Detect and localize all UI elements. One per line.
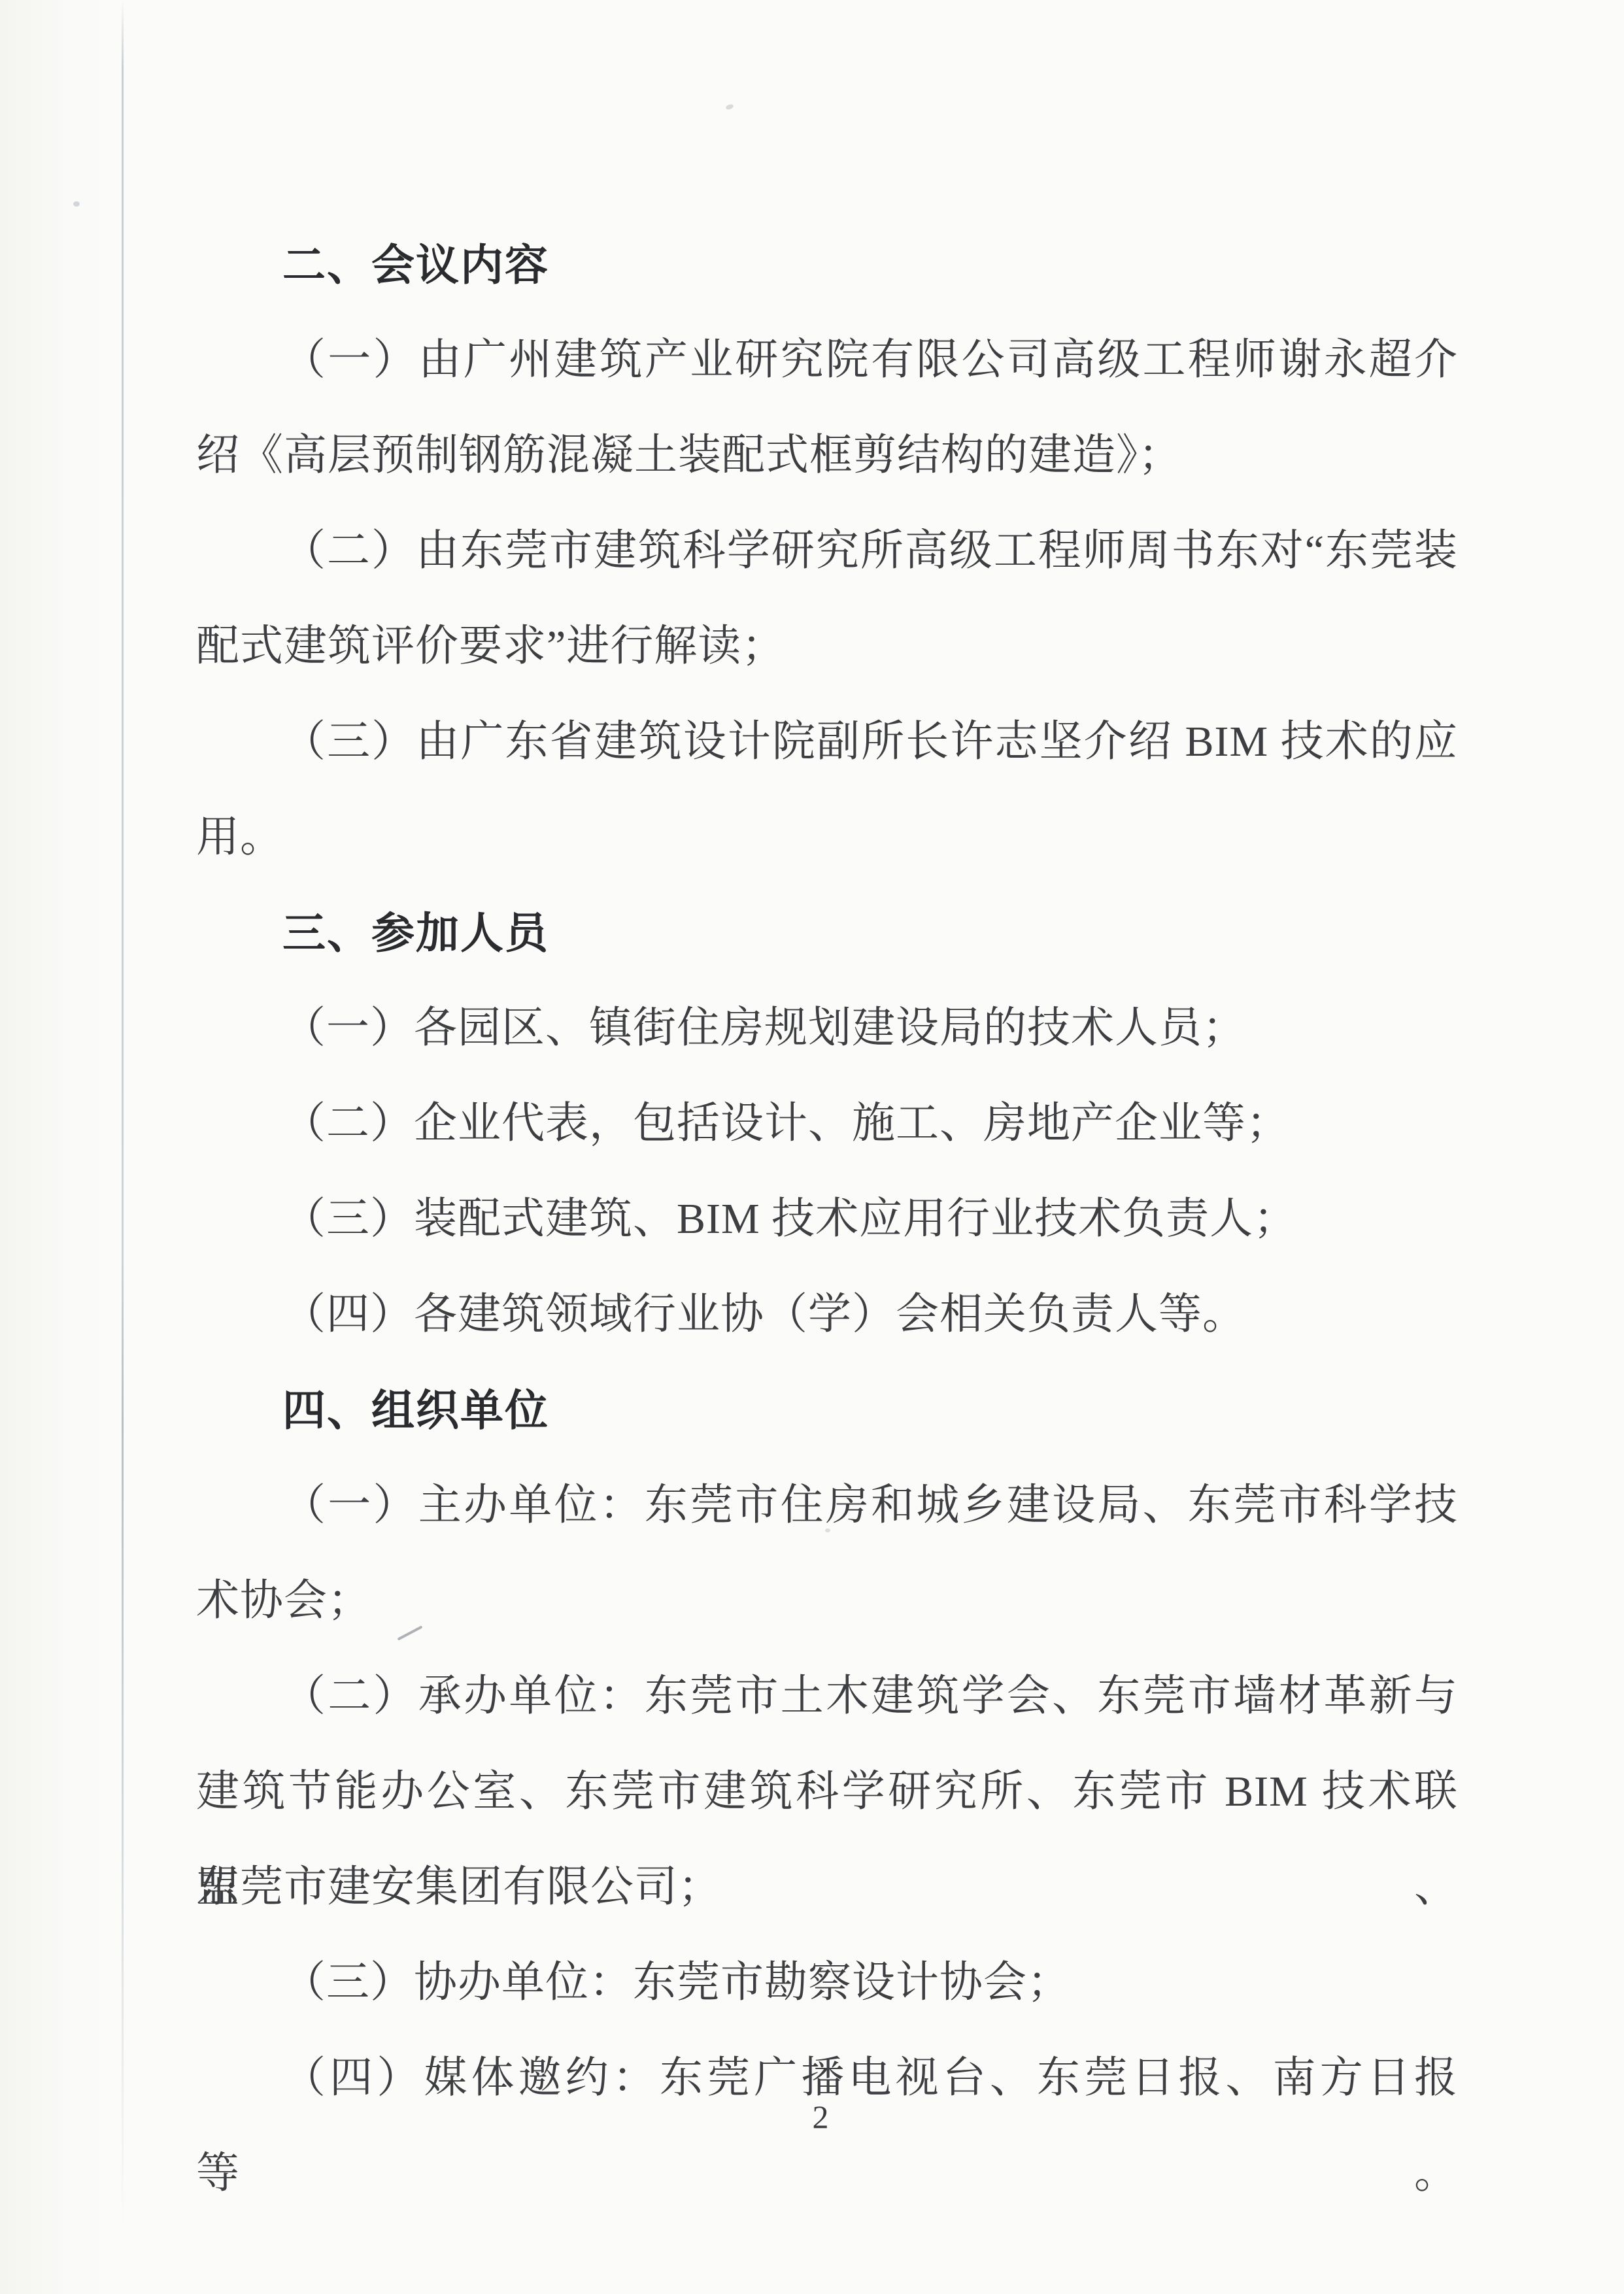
text-line: （三）由广东省建筑设计院副所长许志坚介绍 BIM 技术的应 — [196, 694, 1458, 790]
text-line: （二）企业代表，包括设计、施工、房地产企业等； — [196, 1076, 1458, 1172]
scanned-document: { "colors": { "paper_background": "#fbfb… — [0, 0, 1624, 2294]
section-heading: 四、组织单位 — [196, 1362, 1458, 1458]
text-line: （三）装配式建筑、BIM 技术应用行业技术负责人； — [196, 1172, 1458, 1267]
section-heading: 三、参加人员 — [196, 885, 1458, 981]
section-heading: 二、会议内容 — [196, 217, 1458, 312]
text-line: （三）协办单位：东莞市勘察设计协会； — [196, 1935, 1458, 2031]
scan-crease-line — [122, 0, 124, 2294]
text-line: （二）承办单位：东莞市土木建筑学会、东莞市墙材革新与 — [196, 1649, 1458, 1744]
text-line: （一）由广州建筑产业研究院有限公司高级工程师谢永超介 — [196, 312, 1458, 408]
text-line: （四）各建筑领域行业协（学）会相关负责人等。 — [196, 1267, 1458, 1362]
text-line: 用。 — [196, 790, 1458, 885]
text-line: （二）由东莞市建筑科学研究所高级工程师周书东对“东莞装 — [196, 503, 1458, 599]
text-line: 建筑节能办公室、东莞市建筑科学研究所、东莞市 BIM 技术联盟、 — [196, 1744, 1458, 1840]
text-line: 配式建筑评价要求”进行解读； — [196, 599, 1458, 694]
text-line: 术协会； — [196, 1553, 1458, 1649]
text-line: （一）各园区、镇街住房规划建设局的技术人员； — [196, 981, 1458, 1076]
document-content: 二、会议内容（一）由广州建筑产业研究院有限公司高级工程师谢永超介绍《高层预制钢筋… — [196, 0, 1458, 2126]
text-line: 绍《高层预制钢筋混凝土装配式框剪结构的建造》； — [196, 408, 1458, 503]
text-line: （一）主办单位：东莞市住房和城乡建设局、东莞市科学技 — [196, 1458, 1458, 1553]
page-edge-shading — [0, 0, 124, 2294]
page-number: 2 — [0, 2096, 1624, 2138]
